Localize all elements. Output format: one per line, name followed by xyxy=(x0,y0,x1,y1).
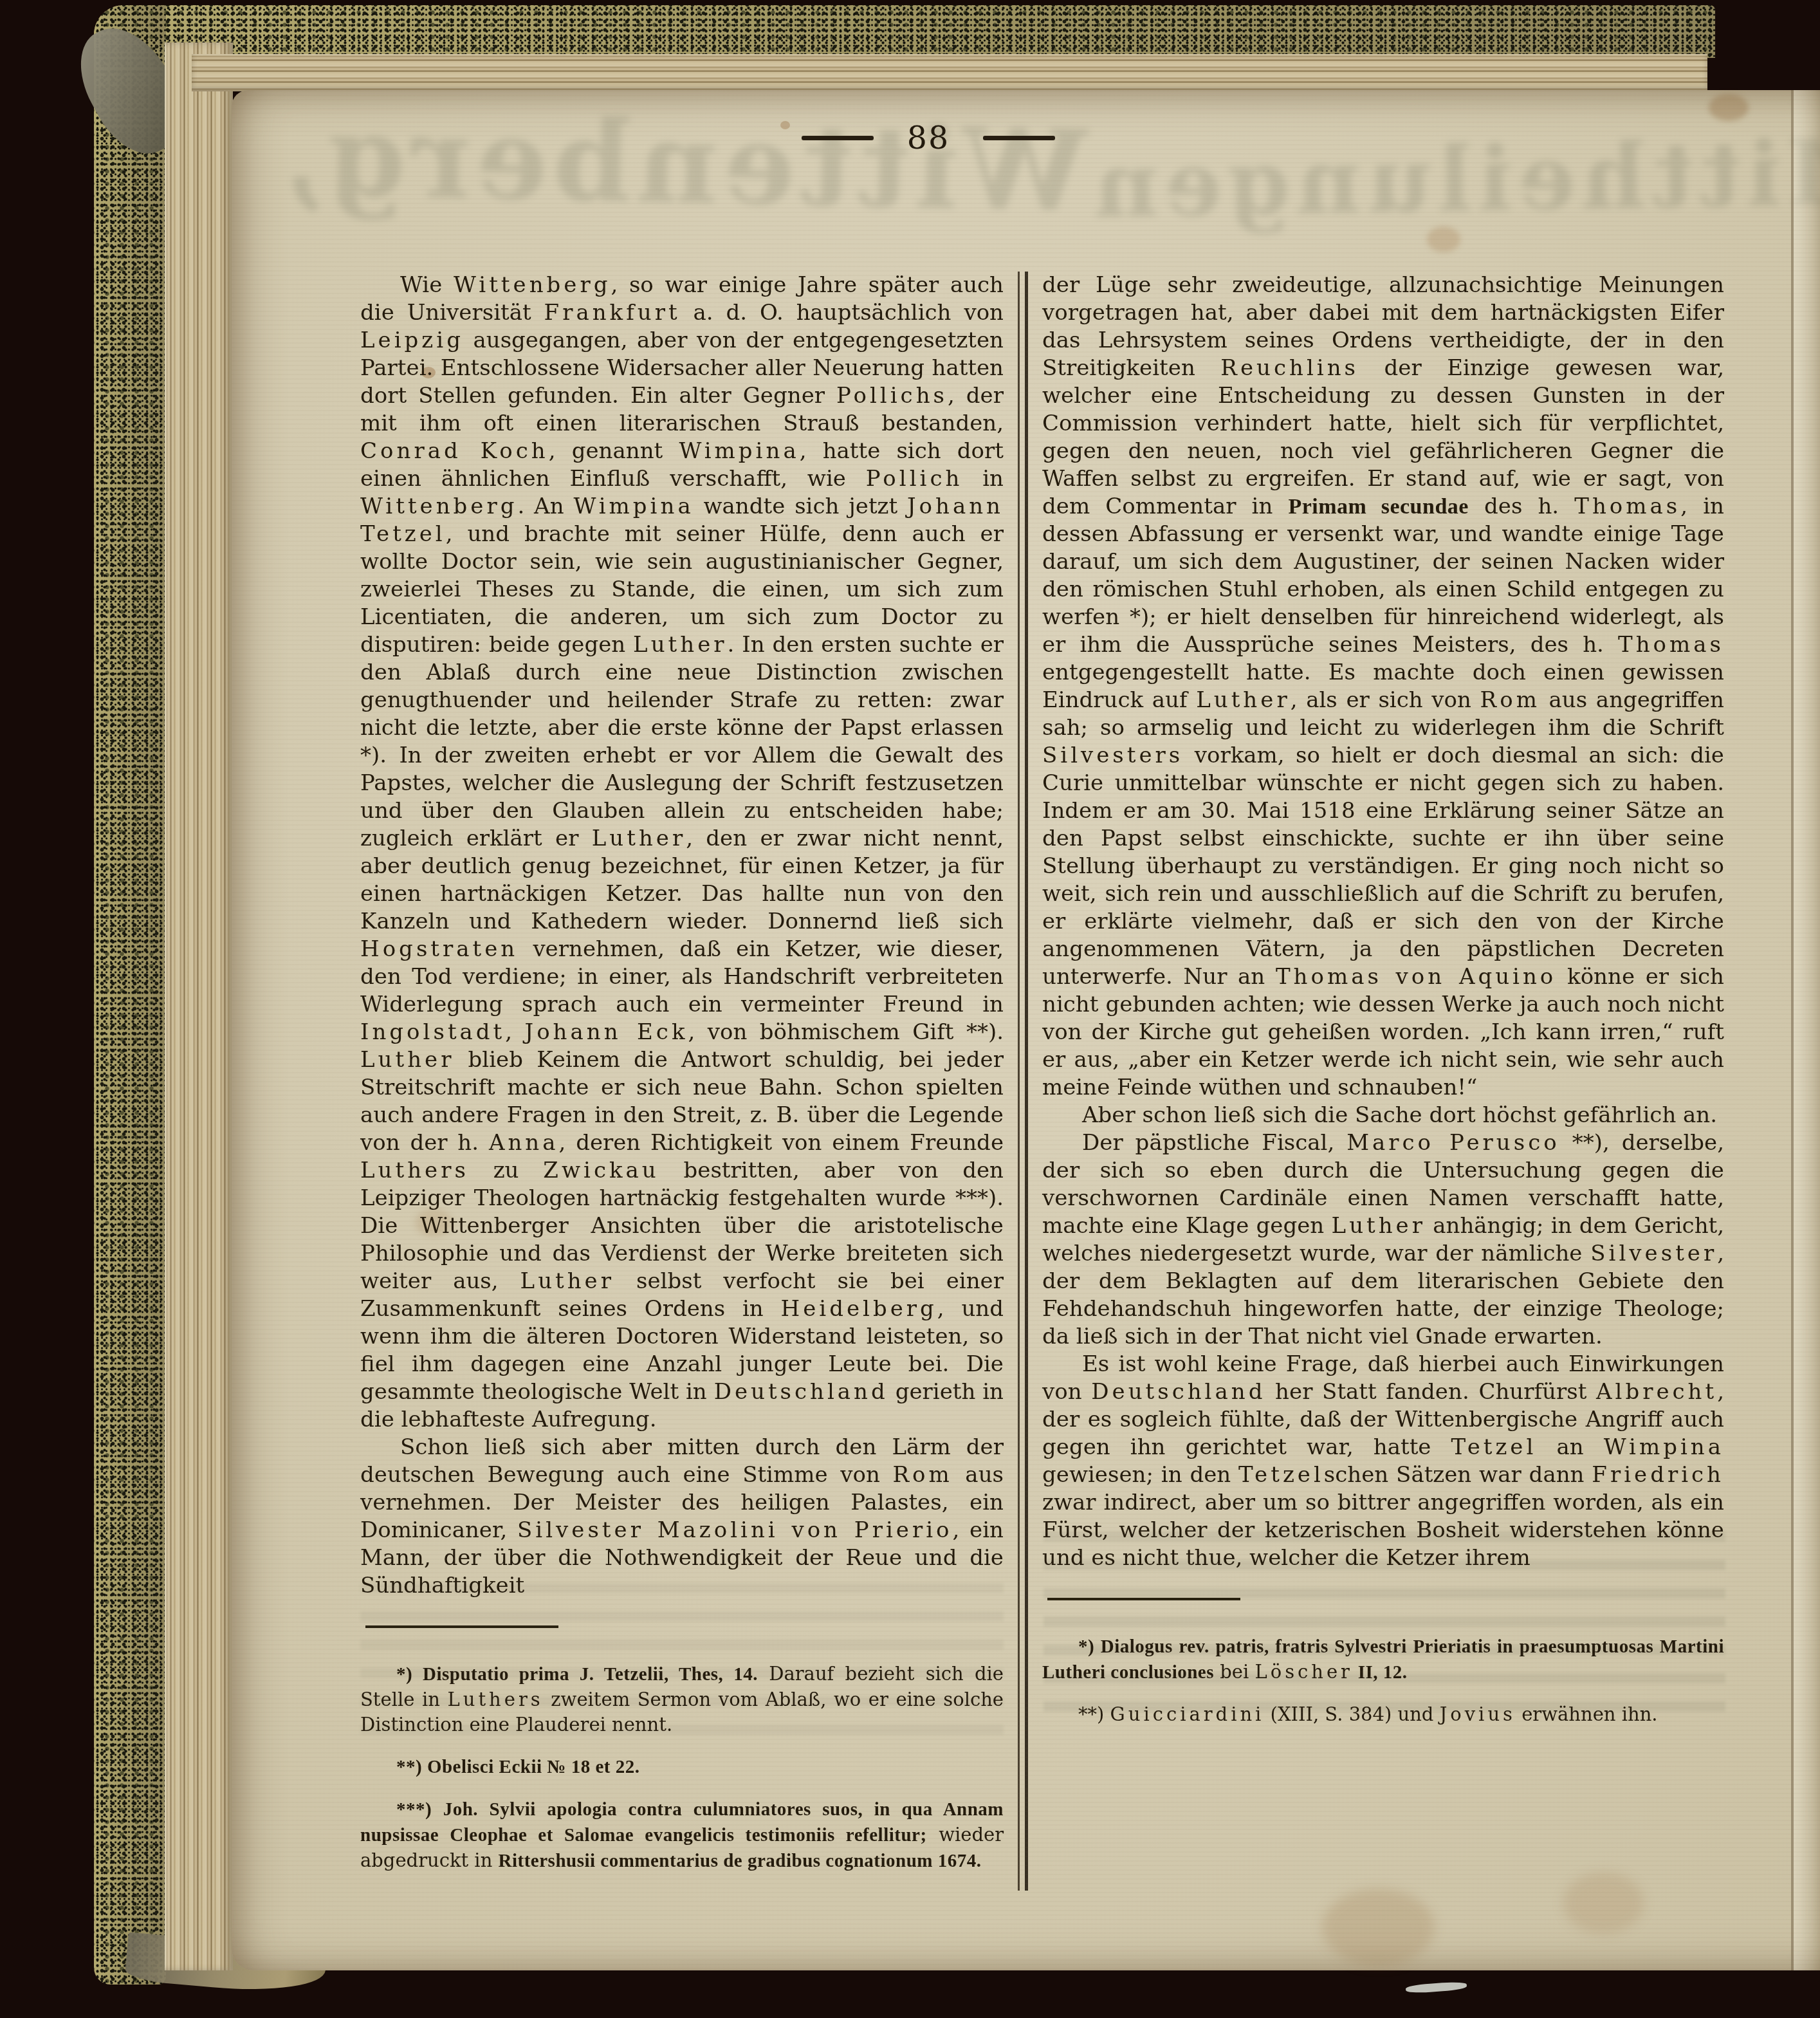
foxing-stain xyxy=(1709,94,1749,121)
footnote-item: *) Disputatio prima J. Tetzelii, Thes, 1… xyxy=(360,1662,1004,1737)
column-left-body: Wie Wittenberg, so war einige Jahre spät… xyxy=(360,272,1004,1600)
page-header: 88 xyxy=(784,120,1073,156)
book-scan: Wittenberg, Mittheilungen 88 Wie Wittenb… xyxy=(0,0,1820,2018)
paragraph: Schon ließ sich aber mitten durch den Lä… xyxy=(360,1434,1004,1600)
footnote-item: **) Guicciardini (XIII, S. 384) und Jovi… xyxy=(1042,1702,1724,1727)
bleedthrough-text: Wittenberg, xyxy=(275,89,1088,237)
paragraph: Es ist wohl keine Frage, daß hierbei auc… xyxy=(1042,1351,1724,1572)
page-edge-stack-left xyxy=(165,42,233,1970)
footnote-rule xyxy=(1047,1598,1240,1600)
book-page: Wittenberg, Mittheilungen 88 Wie Wittenb… xyxy=(232,90,1820,1970)
page-edge-stack-top xyxy=(192,54,1707,91)
paragraph: Wie Wittenberg, so war einige Jahre spät… xyxy=(360,272,1004,1434)
page-number: 88 xyxy=(907,120,950,156)
column-right-footnotes: *) Dialogus rev. patris, fratris Sylvest… xyxy=(1042,1634,1724,1727)
text-columns: Wie Wittenberg, so war einige Jahre spät… xyxy=(360,272,1724,1891)
column-left-footnotes: *) Disputatio prima J. Tetzelii, Thes, 1… xyxy=(360,1662,1004,1874)
footnote-item: ***) Joh. Sylvii apologia contra culumni… xyxy=(360,1797,1004,1874)
header-dash xyxy=(802,136,874,140)
footnote-item: *) Dialogus rev. patris, fratris Sylvest… xyxy=(1042,1634,1724,1685)
scan-artifact-speck xyxy=(1406,1981,1467,1994)
bleedthrough-text: Mittheilungen xyxy=(1087,119,1820,238)
column-divider-zone xyxy=(1004,272,1042,1891)
column-right-body: der Lüge sehr zweideutige, allzunachsich… xyxy=(1042,272,1724,1572)
foxing-stain xyxy=(1322,1889,1435,1966)
paragraph: der Lüge sehr zweideutige, allzunachsich… xyxy=(1042,272,1724,1102)
column-left: Wie Wittenberg, so war einige Jahre spät… xyxy=(360,272,1004,1891)
column-divider-rule xyxy=(1018,272,1028,1891)
page-fold-highlight xyxy=(1794,90,1819,1970)
footnote-item: **) Obelisci Eckii № 18 et 22. xyxy=(360,1754,1004,1780)
paragraph: Der päpstliche Fiscal, Marco Perusco **)… xyxy=(1042,1129,1724,1351)
column-right: der Lüge sehr zweideutige, allzunachsich… xyxy=(1042,272,1724,1891)
marbled-cover-edge-top xyxy=(94,5,1715,58)
marbled-cover-edge-left xyxy=(94,5,166,1985)
foxing-stain xyxy=(1427,227,1460,252)
paragraph: Aber schon ließ sich die Sache dort höch… xyxy=(1042,1102,1724,1129)
header-dash xyxy=(983,136,1055,140)
footnote-rule xyxy=(365,1625,558,1628)
